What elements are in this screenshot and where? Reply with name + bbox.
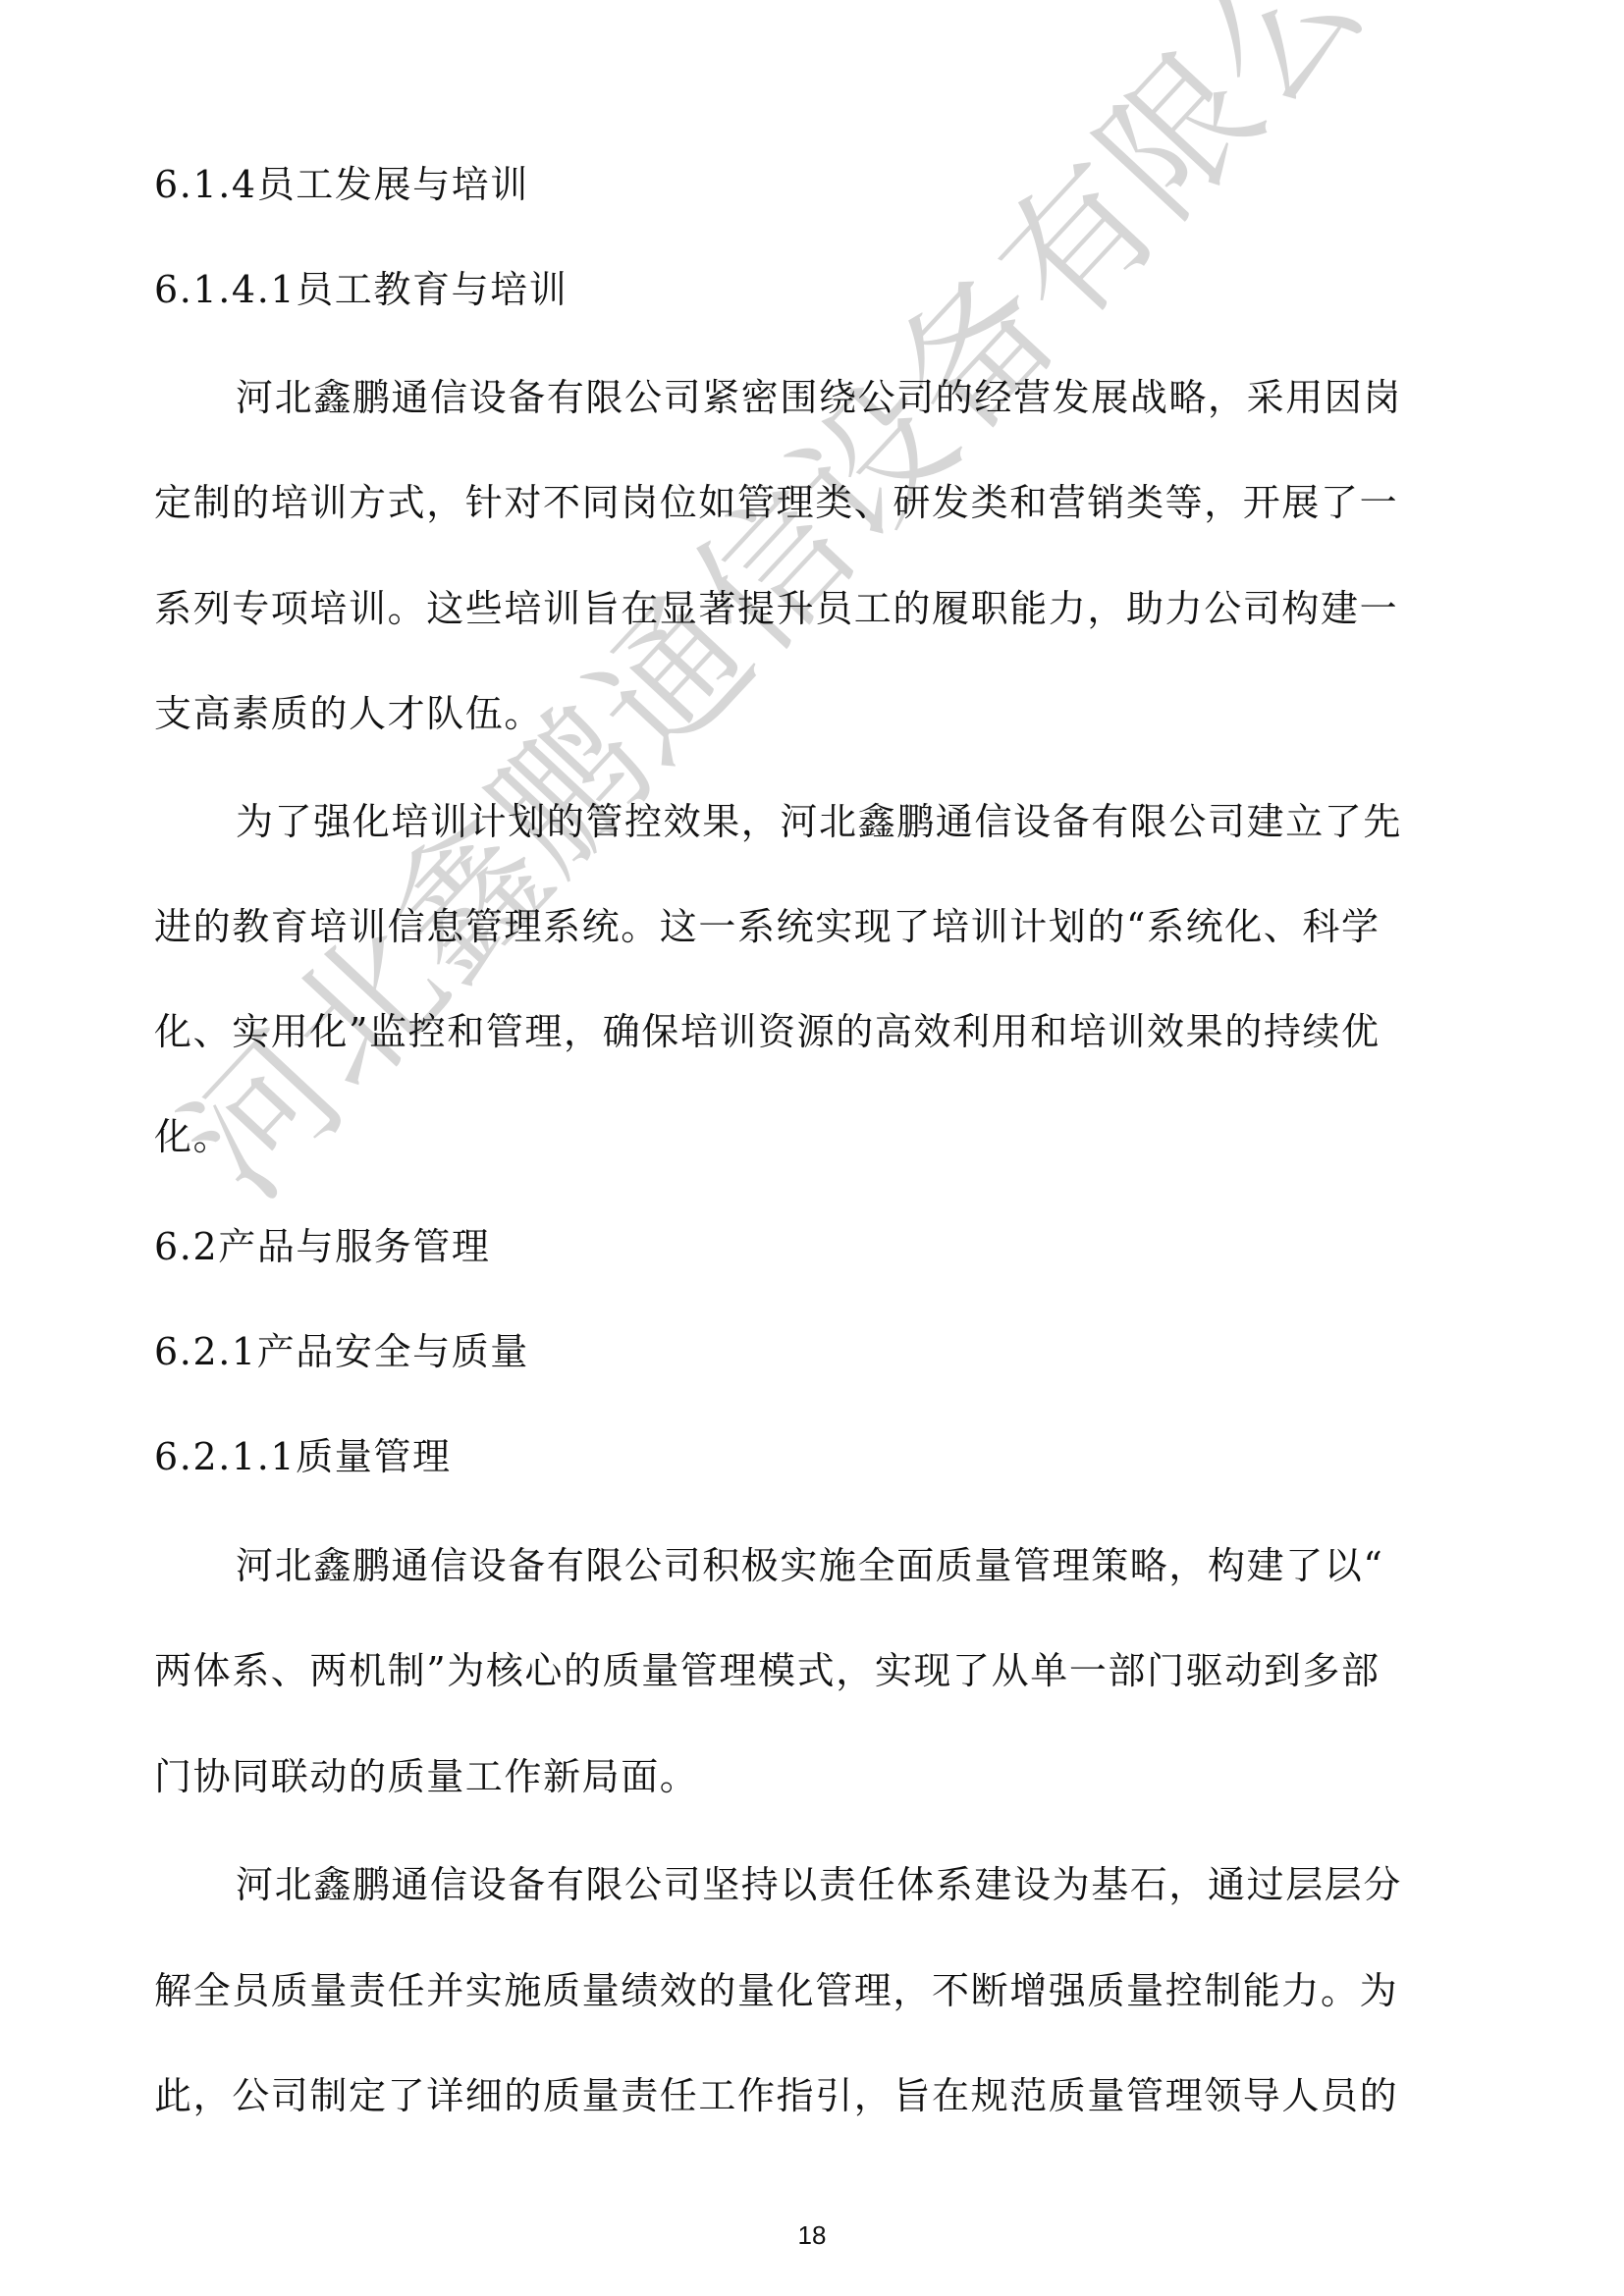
paragraph-line: 为了强化培训计划的管控效果，河北鑫鹏通信设备有限公司建立了先: [236, 797, 1470, 846]
heading-6-1-4-1: 6.1.4.1员工教育与培训: [154, 265, 1470, 314]
paragraph-line: 系列专项培训。这些培训旨在显著提升员工的履职能力，助力公司构建一: [154, 584, 1470, 633]
paragraph-line: 化、实用化”监控和管理，确保培训资源的高效利用和培训效果的持续优: [154, 1007, 1470, 1056]
paragraph-line: 门协同联动的质量工作新局面。: [154, 1752, 1470, 1801]
paragraph-line: 此，公司制定了详细的质量责任工作指引，旨在规范质量管理领导人员的: [154, 2071, 1470, 2120]
paragraph-line: 解全员质量责任并实施质量绩效的量化管理，不断增强质量控制能力。为: [154, 1966, 1470, 2015]
paragraph-line: 河北鑫鹏通信设备有限公司坚持以责任体系建设为基石，通过层层分: [236, 1860, 1470, 1909]
page-number: 18: [0, 2220, 1624, 2251]
paragraph-line: 两体系、两机制”为核心的质量管理模式，实现了从单一部门驱动到多部: [154, 1646, 1470, 1695]
paragraph-line: 河北鑫鹏通信设备有限公司紧密围绕公司的经营发展战略，采用因岗: [236, 373, 1470, 422]
paragraph-line: 化。: [154, 1112, 1470, 1161]
paragraph-line: 支高素质的人才队伍。: [154, 689, 1470, 738]
heading-6-2-1: 6.2.1产品安全与质量: [154, 1327, 1470, 1376]
paragraph-line: 进的教育培训信息管理系统。这一系统实现了培训计划的“系统化、科学: [154, 902, 1470, 951]
paragraph-line: 河北鑫鹏通信设备有限公司积极实施全面质量管理策略，构建了以“: [236, 1541, 1470, 1590]
paragraph-line: 定制的培训方式，针对不同岗位如管理类、研发类和营销类等，开展了一: [154, 478, 1470, 527]
heading-6-1-4: 6.1.4员工发展与培训: [154, 160, 1470, 209]
heading-6-2-1-1: 6.2.1.1质量管理: [154, 1432, 1470, 1481]
document-page: 河北鑫鹏通信设备有限公司 6.1.4员工发展与培训 6.1.4.1员工教育与培训…: [0, 0, 1624, 2296]
heading-6-2: 6.2产品与服务管理: [154, 1222, 1470, 1271]
